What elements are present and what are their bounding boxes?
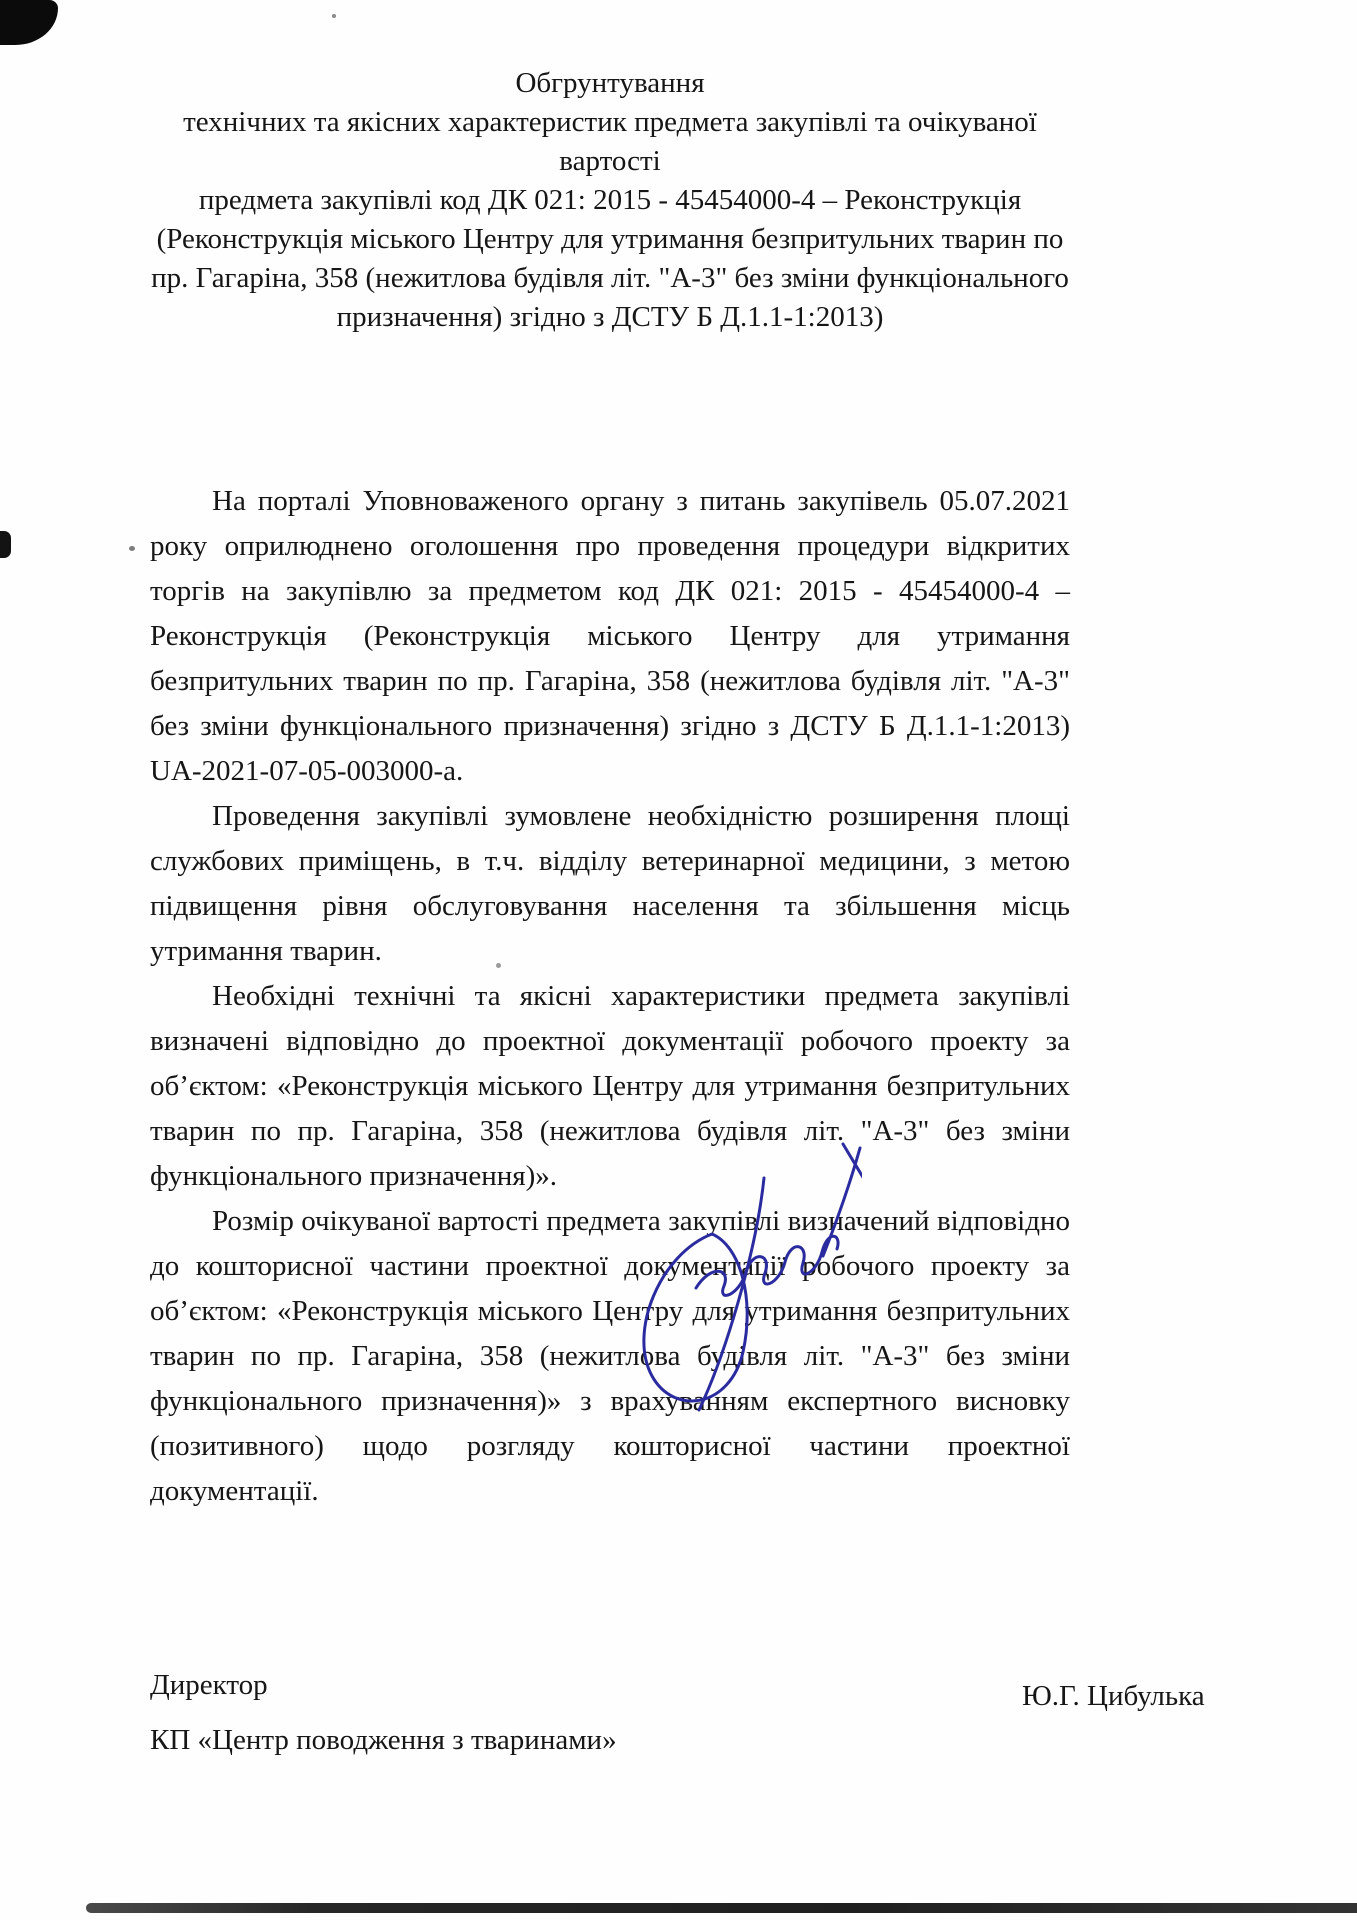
signatory-role: Директор (150, 1658, 617, 1713)
scan-artifact-corner-blob (0, 0, 58, 45)
scan-artifact-dot (332, 14, 336, 18)
signature-strokes (644, 1144, 862, 1410)
paragraph-expected-value: Розмір очікуваної вартості предмета заку… (150, 1199, 1070, 1514)
paragraph-technical-characteristics: Необхідні технічні та якісні характерист… (150, 974, 1070, 1199)
paragraph-justification: Проведення закупівлі зумовлене необхідні… (150, 794, 1070, 974)
handwritten-signature-icon (612, 1136, 862, 1418)
paragraph-announcement: На порталі Уповноваженого органу з питан… (150, 479, 1070, 794)
signatory-role-block: Директор КП «Центр поводження з тваринам… (150, 1658, 617, 1768)
scan-artifact-bottom-edge (86, 1903, 1357, 1913)
scan-artifact-left-speck (0, 531, 11, 558)
scanned-document-page: Обгрунтування технічних та якісних харак… (0, 0, 1357, 1920)
scan-artifact-dot (129, 546, 135, 551)
document-body: На порталі Уповноваженого органу з питан… (150, 479, 1070, 1514)
signatory-organization: КП «Центр поводження з тваринами» (150, 1713, 617, 1768)
document-title: Обгрунтування технічних та якісних харак… (150, 64, 1070, 337)
signatory-name: Ю.Г. Цибулька (1022, 1680, 1205, 1713)
document-content: Обгрунтування технічних та якісних харак… (150, 64, 1070, 1778)
signature-block: Директор КП «Центр поводження з тваринам… (150, 1658, 1070, 1778)
